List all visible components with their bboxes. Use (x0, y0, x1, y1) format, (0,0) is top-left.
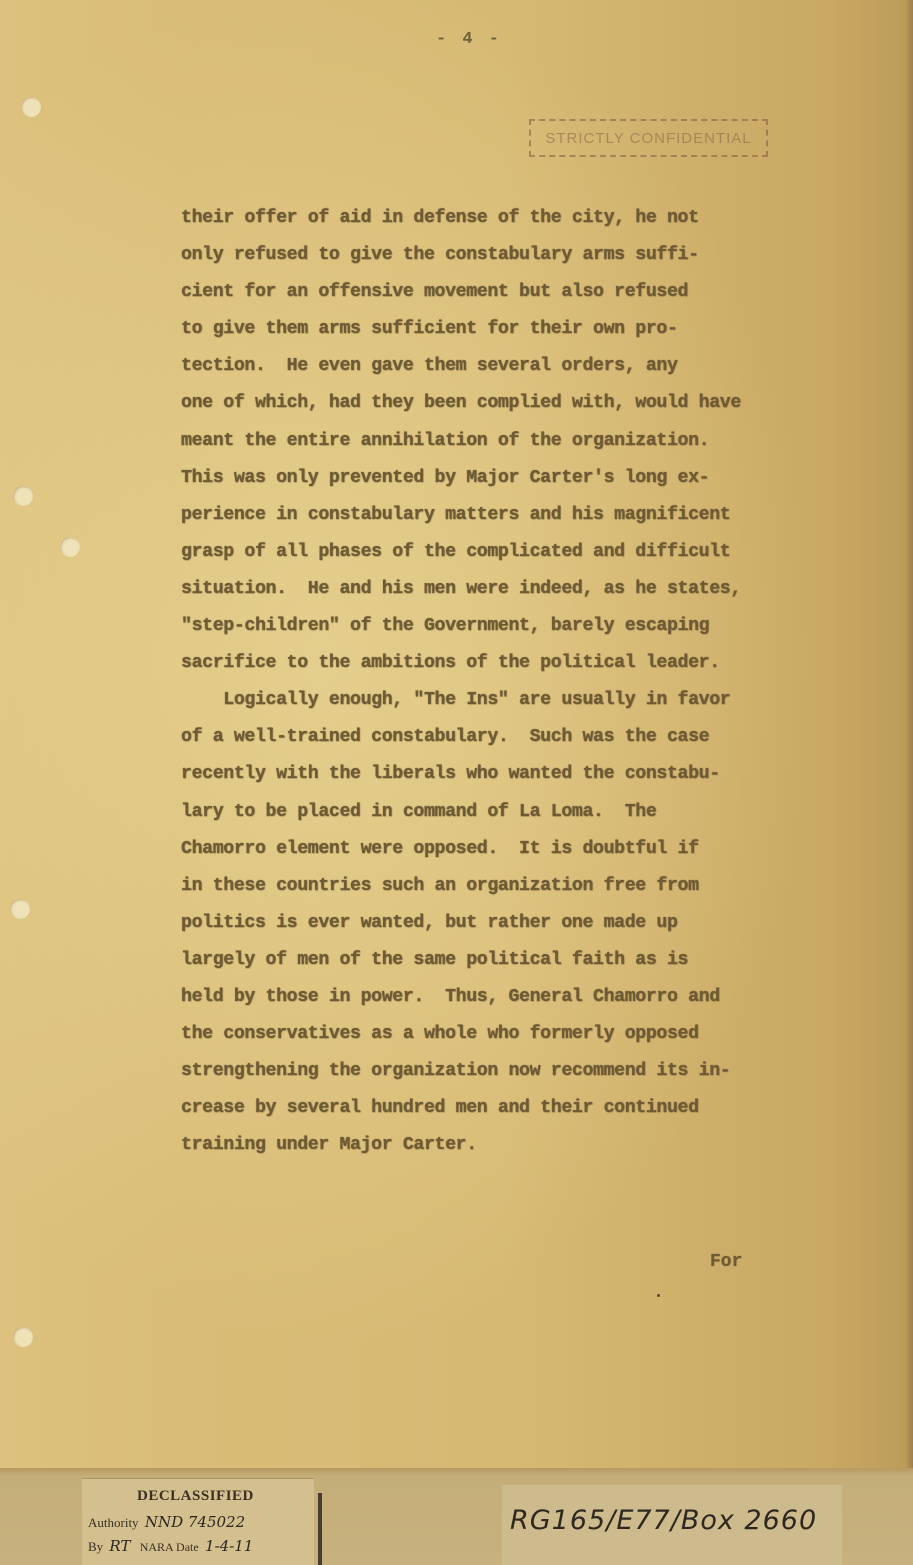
declassified-title: DECLASSIFIED (137, 1488, 254, 1505)
body-line: strengthening the organization now recom… (181, 1053, 841, 1090)
page-number: - 4 - (436, 30, 502, 49)
body-line: crease by several hundred men and their … (181, 1090, 841, 1127)
date-value: 1-4-11 (205, 1537, 253, 1555)
typed-body-text: their offer of aid in defense of the cit… (181, 200, 841, 1164)
declassification-label: DECLASSIFIED Authority NND 745022 By RT … (82, 1479, 314, 1565)
punch-hole (60, 537, 80, 557)
confidential-stamp: STRICTLY CONFIDENTIAL (529, 119, 768, 157)
body-line: tection. He even gave them several order… (181, 348, 841, 385)
record-group-label: RG165/E77/Box 2660 (502, 1485, 842, 1565)
body-line: situation. He and his men were indeed, a… (181, 571, 841, 608)
authority-label: Authority (88, 1515, 139, 1530)
body-line: training under Major Carter. (181, 1127, 841, 1164)
body-line: perience in constabulary matters and his… (181, 497, 841, 534)
body-line: the conservatives as a whole who formerl… (181, 1016, 841, 1053)
body-line: to give them arms sufficient for their o… (181, 311, 841, 348)
body-line: cient for an offensive movement but also… (181, 274, 841, 311)
by-date-row: By RT NARA Date 1-4-11 (88, 1537, 253, 1555)
catchword: For (710, 1252, 742, 1272)
body-line: recently with the liberals who wanted th… (181, 756, 841, 793)
body-line: politics is ever wanted, but rather one … (181, 905, 841, 942)
nara-date-label: NARA Date (140, 1540, 199, 1554)
by-label: By (88, 1539, 103, 1554)
by-value: RT (109, 1537, 130, 1555)
body-line: in these countries such an organization … (181, 868, 841, 905)
document-page: - 4 - STRICTLY CONFIDENTIAL their offer … (0, 0, 913, 1468)
body-line: Chamorro element were opposed. It is dou… (181, 831, 841, 868)
body-line: sacrifice to the ambitions of the politi… (181, 645, 841, 682)
punch-hole (13, 486, 33, 506)
authority-row: Authority NND 745022 (88, 1513, 245, 1531)
body-line: held by those in power. Thus, General Ch… (181, 979, 841, 1016)
stamp-text: STRICTLY CONFIDENTIAL (545, 130, 751, 147)
body-line: meant the entire annihilation of the org… (181, 423, 841, 460)
body-line: grasp of all phases of the complicated a… (181, 534, 841, 571)
punch-hole (21, 97, 41, 117)
body-line: "step-children" of the Government, barel… (181, 608, 841, 645)
body-line: lary to be placed in command of La Loma.… (181, 794, 841, 831)
divider-bar (318, 1493, 322, 1565)
punch-hole (10, 899, 30, 919)
punch-hole (13, 1327, 33, 1347)
body-line: their offer of aid in defense of the cit… (181, 200, 841, 237)
authority-value: NND 745022 (145, 1513, 245, 1531)
body-line: Logically enough, "The Ins" are usually … (181, 682, 841, 719)
body-line: of a well-trained constabulary. Such was… (181, 719, 841, 756)
body-line: largely of men of the same political fai… (181, 942, 841, 979)
body-line: This was only prevented by Major Carter'… (181, 460, 841, 497)
body-line: only refused to give the constabulary ar… (181, 237, 841, 274)
ink-speck (657, 1294, 660, 1297)
body-line: one of which, had they been complied wit… (181, 385, 841, 422)
archive-reference: RG165/E77/Box 2660 (510, 1505, 817, 1536)
